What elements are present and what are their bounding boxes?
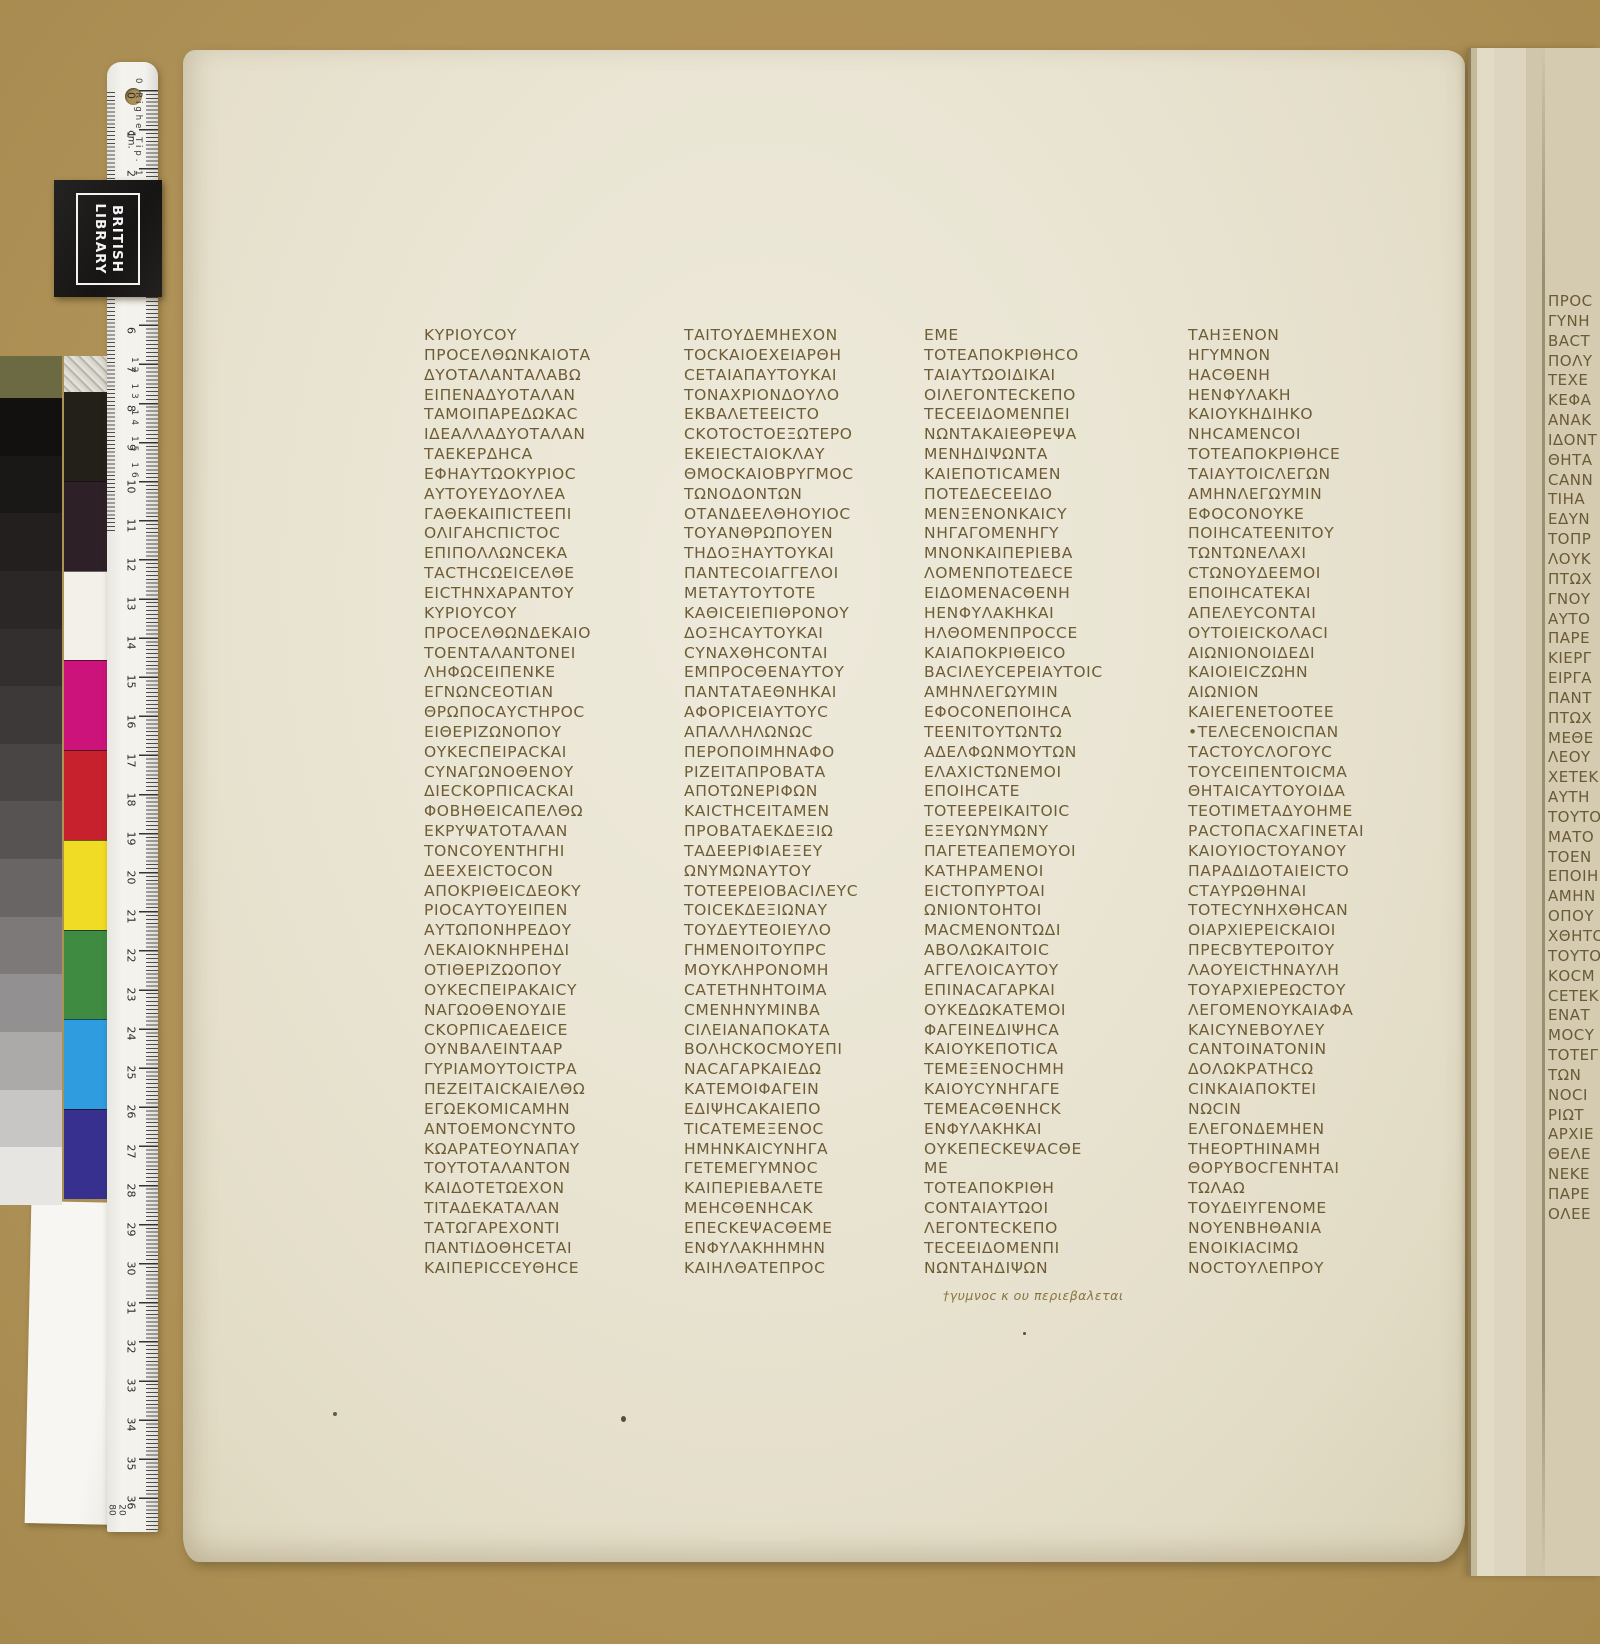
color-patch: [64, 840, 110, 930]
text-line: ΑΒΟΛΩΚΑΙΤΟΙC: [924, 941, 1169, 961]
text-line: ΝΩΝΤΑΗΔΙΨΩΝ: [924, 1259, 1169, 1279]
text-line: ΟΥΚΕCΠΕΙΡΑCΚΑΙ: [424, 743, 669, 763]
text-line: ΤΟΤΕΑΠΟΚΡΙΘΗCΕ: [1188, 445, 1433, 465]
text-line: ΔΟΞΗCΑΥΤΟΥΚΑΙ: [684, 624, 929, 644]
text-line: ΤΟΝΑΧΡΙΟΝΔΟΥΛΟ: [684, 386, 929, 406]
text-line: ΑΜΗΝΛΕΓΩΥΜΙΝ: [924, 683, 1169, 703]
grayscale-calibration-strip: [0, 398, 62, 1205]
color-patch: [0, 456, 62, 514]
text-line: ΟΛΙΓΑΗCΠΙCΤΟC: [424, 524, 669, 544]
page-edge-line: [1542, 48, 1545, 1576]
text-line: ΤΟΤΕΑΠΟΚΡΙΘΗCΟ: [924, 346, 1169, 366]
color-patch: [0, 859, 62, 917]
text-line: ΕΞΕΥΩΝΥΜΩΝΥ: [924, 822, 1169, 842]
text-line: ΕΝΟΙΚΙΑCΙΜΩ: [1188, 1239, 1433, 1259]
text-line: ΛΕΟΥ: [1548, 748, 1600, 768]
next-folio-edge: ΠΡΟCΓΥΝΗΒΑCΤΠΟΛΥΤΕΧΕΚΕΦΑΑΝΑΚΙΔΟΝΤΘΗΤΑCΑΝ…: [1468, 48, 1600, 1576]
text-line: ΑΙΩΝΙΟΝ: [1188, 683, 1433, 703]
text-line: ΟΠΟΥ: [1548, 907, 1600, 927]
text-line: ΓΑΘΕΚΑΙΠΙCΤΕΕΠΙ: [424, 505, 669, 525]
color-patch: [0, 629, 62, 687]
text-line: ΠΕΡΟΠΟΙΜΗΝΑΦΟ: [684, 743, 929, 763]
text-line: ΤΑΙΑΥΤΩΟΙΔΙΚΑΙ: [924, 366, 1169, 386]
text-line: ΕΜΠΡΟCΘΕΝΑΥΤΟΥ: [684, 663, 929, 683]
text-line: ΠΡΟCΕΛΘΩΝΔΕΚΑΙΟ: [424, 624, 669, 644]
text-line: ΤΑΤΩΓΑΡΕΧΟΝΤΙ: [424, 1219, 669, 1239]
text-line: ΕΠΟΙΗCΑΤΕΚΑΙ: [1188, 584, 1433, 604]
text-line: ΤΟΤΕCΥΝΗΧΘΗCΑΝ: [1188, 901, 1433, 921]
text-line: ΕΔΥΝ: [1548, 510, 1600, 530]
text-line: CΑΝΤΟΙΝΑΤΟΝΙΝ: [1188, 1040, 1433, 1060]
text-line: ΚΥΡΙΟΥCΟΥ: [424, 604, 669, 624]
text-line: ΕΠΟΙΗ: [1548, 867, 1600, 887]
text-line: ΑΠΑΛΛΗΛΩΝΩC: [684, 723, 929, 743]
text-line: CΥΝΑΓΩΝΟΘΕΝΟΥ: [424, 763, 669, 783]
text-line: •ΤΕΛΕCΕΝΟΙCΠΑΝ: [1188, 723, 1433, 743]
text-line: ΑΝΤΟΕΜΟΝCΥΝΤΟ: [424, 1120, 669, 1140]
text-line: ΤΩΝ: [1548, 1066, 1600, 1086]
text-line: 20: [117, 1504, 127, 1515]
text-line: 29: [111, 1216, 150, 1242]
text-line: 35: [111, 1451, 150, 1477]
text-line: ΩΝΥΜΩΝΑΥΤΟΥ: [684, 862, 929, 882]
text-line: ΤΑΕΚΕΡΔΗCΑ: [424, 445, 669, 465]
text-line: ΝΟCΤΟΥΛΕΠΡΟΥ: [1188, 1259, 1433, 1279]
color-patch: [0, 571, 62, 629]
text-line: ΠΟΙΗCΑΤΕΕΝΙΤΟΥ: [1188, 524, 1433, 544]
text-line: ΤΑΜΟΙΠΑΡΕΔΩΚΑC: [424, 405, 669, 425]
text-column-2: ΤΑΙΤΟΥΔΕΜΗΕΧΟΝΤΟCΚΑΙΟΕΧΕΙΑΡΘΗCΕΤΑΙΑΠΑΥΤΟ…: [684, 326, 929, 1279]
text-line: ΠΡΟΒΑΤΑΕΚΔΕΞΙΩ: [684, 822, 929, 842]
text-line: ΦΟΒΗΘΕΙCΑΠΕΛΘΩ: [424, 802, 669, 822]
text-line: CΑΝΝ: [1548, 471, 1600, 491]
text-line: ΓΥΝΗ: [1548, 312, 1600, 332]
text-line: ΑΠΟΚΡΙΘΕΙCΔΕΟΚΥ: [424, 882, 669, 902]
text-line: ΤΙΗΑ: [1548, 490, 1600, 510]
text-line: ΚΙΕΡΓ: [1548, 649, 1600, 669]
text-line: ΦΑΓΕΙΝΕΔΙΨΗCΑ: [924, 1021, 1169, 1041]
text-line: ΕΔΙΨΗCΑΚΑΙΕΠΟ: [684, 1100, 929, 1120]
text-line: ΛΕΓΟΜΕΝΟΥΚΑΙΑΦΑ: [1188, 1001, 1433, 1021]
text-line: 25: [111, 1060, 150, 1086]
text-line: ΕΙCΤΟΠΥΡΤΟΑΙ: [924, 882, 1169, 902]
text-line: ΚΑΙΗΛΘΑΤΕΠΡΟC: [684, 1259, 929, 1279]
text-line: ΤΟΥΤΟ: [1548, 808, 1600, 828]
text-line: ΤΩΛΑΩ: [1188, 1179, 1433, 1199]
text-line: CΕΤΕΚ: [1548, 987, 1600, 1007]
text-line: ΚΑΤΗΡΑΜΕΝΟΙ: [924, 862, 1169, 882]
text-line: ΠΑΓΕΤΕΑΠΕΜΟΥΟΙ: [924, 842, 1169, 862]
text-line: 23: [111, 982, 150, 1008]
text-line: 30: [111, 1255, 150, 1281]
marginal-correction-note: †γυμνοϲ κ ου περιεβαλεται: [943, 1288, 1124, 1303]
text-line: ΔΟΛΩΚΡΑΤΗCΩ: [1188, 1060, 1433, 1080]
text-line: ΜΕΝΞΕΝΟΝΚΑΙCΥ: [924, 505, 1169, 525]
color-patch: [0, 1090, 62, 1148]
text-line: ΠΑΡΕ: [1548, 629, 1600, 649]
text-line: ΤΟCΚΑΙΟΕΧΕΙΑΡΘΗ: [684, 346, 929, 366]
text-line: ΤΟΕΝΤΑΛΑΝΤΟΝΕΙ: [424, 644, 669, 664]
text-line: 13: [111, 591, 150, 617]
text-line: ΛΕΓΟΝΤΕCΚΕΠΟ: [924, 1219, 1169, 1239]
text-line: ΤΑΔΕΕΡΙΦΙΑΕΞΕΥ: [684, 842, 929, 862]
text-column-3: ΕΜΕΤΟΤΕΑΠΟΚΡΙΘΗCΟΤΑΙΑΥΤΩΟΙΔΙΚΑΙΟΙΛΕΓΟΝΤΕ…: [924, 326, 1169, 1279]
text-line: ΝΩCΙΝ: [1188, 1100, 1433, 1120]
text-line: ΠΟΤΕΔΕCΕΕΙΔΟ: [924, 485, 1169, 505]
text-line: ΠΑΡΕ: [1548, 1185, 1600, 1205]
text-line: ΠΑΝΤΕCΟΙΑΓΓΕΛΟΙ: [684, 564, 929, 584]
color-patch: [64, 571, 110, 661]
text-line: ΗΕΝΦΥΛΑΚΗ: [1188, 386, 1433, 406]
text-line: ΤΟΥΑΡΧΙΕΡΕΩCΤΟΥ: [1188, 981, 1433, 1001]
text-line: ΟΥΝΒΑΛΕΙΝΤΑΑΡ: [424, 1040, 669, 1060]
text-line: ΠΑΡΑΔΙΔΟΤΑΙΕΙCΤΟ: [1188, 862, 1433, 882]
text-line: ΜΕΗCΘΕΝΗCΑΚ: [684, 1199, 929, 1219]
text-line: 12: [111, 552, 150, 578]
color-patch: [0, 398, 62, 456]
next-folio-text-column: ΠΡΟCΓΥΝΗΒΑCΤΠΟΛΥΤΕΧΕΚΕΦΑΑΝΑΚΙΔΟΝΤΘΗΤΑCΑΝ…: [1548, 292, 1600, 1225]
text-line: ΑΜΗΝΛΕΓΩΥΜΙΝ: [1188, 485, 1433, 505]
text-line: CΙΝΚΑΙΑΠΟΚΤΕΙ: [1188, 1080, 1433, 1100]
text-line: ΕΚΒΑΛΕΤΕΕΙCΤΟ: [684, 405, 929, 425]
text-line: ΜΟCΥ: [1548, 1026, 1600, 1046]
text-line: ΚΑΙΑΠΟΚΡΙΘΕΙCΟ: [924, 644, 1169, 664]
text-line: ΡΙΩΤ: [1548, 1106, 1600, 1126]
text-line: ΚΑΙΕΓΕΝΕΤΟΟΤΕΕ: [1188, 703, 1433, 723]
color-patch: [64, 750, 110, 840]
text-line: ΕΠΟΙΗCΑΤΕ: [924, 782, 1169, 802]
text-line: ΕΙΡΓΑ: [1548, 669, 1600, 689]
text-line: ΕΦΗΑΥΤΩΟΚΥΡΙΟC: [424, 465, 669, 485]
text-line: ΔΥΟΤΑΛΑΝΤΑΛΑΒΩ: [424, 366, 669, 386]
text-line: ΕΓΝΩΝCΕΟΤΙΑΝ: [424, 683, 669, 703]
text-line: ΡΑCΤΟΠΑCΧΑΓΙΝΕΤΑΙ: [1188, 822, 1433, 842]
text-line: ΕΙCΤΗΝΧΑΡΑΝΤΟΥ: [424, 584, 669, 604]
color-patch: [64, 481, 110, 571]
text-line: ΜΑΤΟ: [1548, 828, 1600, 848]
text-line: ΤΩΝΤΩΝΕΛΑΧΙ: [1188, 544, 1433, 564]
text-line: ΤΕCΕΕΙΔΟΜΕΝΠΕΙ: [924, 405, 1169, 425]
color-patch: [64, 660, 110, 750]
text-line: ΡΙΟCΑΥΤΟΥΕΙΠΕΝ: [424, 901, 669, 921]
text-line: ΠΡΟC: [1548, 292, 1600, 312]
text-line: ΤΟΥCΕΙΠΕΝΤΟΙCΜΑ: [1188, 763, 1433, 783]
text-line: ΝΟΥΕΝΒΗΘΑΝΙΑ: [1188, 1219, 1433, 1239]
text-line: ΤΕΟΤΙΜΕΤΑΔΥΟΗΜΕ: [1188, 802, 1433, 822]
text-line: ΓΝΟΥ: [1548, 590, 1600, 610]
text-line: ΛΟΥΚ: [1548, 550, 1600, 570]
text-line: ΛΗΦΩCΕΙΠΕΝΚΕ: [424, 663, 669, 683]
text-line: ΒΟΛΗCΚΟCΜΟΥΕΠΙ: [684, 1040, 929, 1060]
text-line: CΤΑΥΡΩΘΗΝΑΙ: [1188, 882, 1433, 902]
text-line: ΠΑΝΤΑΤΑΕΘΝΗΚΑΙ: [684, 683, 929, 703]
text-line: ΤΕΕΝΙΤΟΥΤΩΝΤΩ: [924, 723, 1169, 743]
text-line: ΘΡΩΠΟCΑΥCΤΗΡΟC: [424, 703, 669, 723]
text-line: 33: [111, 1373, 150, 1399]
calibration-speckle-patch: [64, 356, 110, 392]
text-line: 80: [107, 1504, 117, 1515]
text-line: ΜΕ: [924, 1159, 1169, 1179]
text-line: ΝΟCΙ: [1548, 1086, 1600, 1106]
text-line: ΑΝΑΚ: [1548, 411, 1600, 431]
text-line: ΑΦΟΡΙCΕΙΑΥΤΟΥC: [684, 703, 929, 723]
text-line: ΧΕΤΕΚ: [1548, 768, 1600, 788]
text-line: ΚΑΘΙCΕΙΕΠΙΘΡΟΝΟΥ: [684, 604, 929, 624]
text-line: ΑΓΓΕΛΟΙCΑΥΤΟΥ: [924, 961, 1169, 981]
text-line: ΤΑCΤΟΥCΛΟΓΟΥC: [1188, 743, 1433, 763]
text-line: CΑΤΕΤΗΝΗΤΟΙΜΑ: [684, 981, 929, 1001]
text-line: ΜΝΟΝΚΑΙΠΕΡΙΕΒΑ: [924, 544, 1169, 564]
text-line: ΕΝΑΤ: [1548, 1006, 1600, 1026]
text-line: ΡΙΖΕΙΤΑΠΡΟΒΑΤΑ: [684, 763, 929, 783]
text-line: ΜΕΤΑΥΤΟΥΤΟΤΕ: [684, 584, 929, 604]
text-line: 16: [111, 708, 150, 734]
text-line: ΘΗΤΑ: [1548, 451, 1600, 471]
text-line: 20: [111, 864, 150, 890]
text-line: CΕΤΑΙΑΠΑΥΤΟΥΚΑΙ: [684, 366, 929, 386]
text-line: ΑΙΩΝΙΟΝΟΙΔΕΔΙ: [1188, 644, 1433, 664]
text-line: ΝΩΝΤΑΚΑΙΕΘΡΕΨΑ: [924, 425, 1169, 445]
text-line: 11: [111, 513, 150, 539]
text-line: ΤΟΙCΕΚΔΕΞΙΩΝΑΥ: [684, 901, 929, 921]
text-line: ΝΑΓΩΟΘΕΝΟΥΔΙΕ: [424, 1001, 669, 1021]
color-patch: [0, 1147, 62, 1205]
text-line: ΕΠΙΝΑCΑΓΑΡΚΑΙ: [924, 981, 1169, 1001]
manuscript-page: ΚΥΡΙΟΥCΟΥΠΡΟCΕΛΘΩΝΚΑΙΟΤΑΔΥΟΤΑΛΑΝΤΑΛΑΒΩΕΙ…: [183, 50, 1465, 1562]
color-patch: [64, 392, 110, 481]
text-line: ΙΔΕΑΛΛΑΔΥΟΤΑΛΑΝ: [424, 425, 669, 445]
text-line: 22: [111, 943, 150, 969]
text-line: ΘΗΤΑΙCΑΥΤΟΥΟΙΔΑ: [1188, 782, 1433, 802]
text-line: ΚΑΙCΥΝΕΒΟΥΛΕΥ: [1188, 1021, 1433, 1041]
text-line: ΛΟΜΕΝΠΟΤΕΔΕCΕ: [924, 564, 1169, 584]
text-line: ΑΠΟΤΩΝΕΡΙΦΩΝ: [684, 782, 929, 802]
text-line: ΔΙΕCΚΟΡΠΙCΑCΚΑΙ: [424, 782, 669, 802]
text-line: ΑΥΤΟΥΕΥΔΟΥΛΕΑ: [424, 485, 669, 505]
text-line: 6: [111, 317, 150, 343]
text-line: ΤΟΤΕΕΡΕΙΚΑΙΤΟΙC: [924, 802, 1169, 822]
text-line: ΟΛΕΕ: [1548, 1205, 1600, 1225]
text-line: ΕΝΦΥΛΑΚΗΗΜΗΝ: [684, 1239, 929, 1259]
text-column-4: ΤΑΗΞΕΝΟΝΗΓΥΜΝΟΝΗΑCΘΕΝΗΗΕΝΦΥΛΑΚΗΚΑΙΟΥΚΗΔΙ…: [1188, 326, 1433, 1279]
text-line: ΚΑΙΟΥΚΗΔΙΗΚΟ: [1188, 405, 1433, 425]
text-line: ΩΝΙΟΝΤΟΗΤΟΙ: [924, 901, 1169, 921]
text-line: ΤΙΤΑΔΕΚΑΤΑΛΑΝ: [424, 1199, 669, 1219]
text-line: 17: [111, 747, 150, 773]
text-line: ΜΕΘΕ: [1548, 729, 1600, 749]
color-patch: [0, 686, 62, 744]
text-line: CΚΟΡΠΙCΑΕΔΕΙCΕ: [424, 1021, 669, 1041]
text-line: ΛΕΚΑΙΟΚΝΗΡΕΗΔΙ: [424, 941, 669, 961]
text-line: 31: [111, 1294, 150, 1320]
text-line: ΕΚΕΙΕCΤΑΙΟΚΛΑΥ: [684, 445, 929, 465]
tag-line-british: BRITISH: [108, 205, 125, 273]
ruler-bottom-code: 2080: [107, 1504, 127, 1515]
british-library-tag: BRITISH LIBRARY: [54, 180, 162, 297]
text-line: ΑΜΗΝ: [1548, 887, 1600, 907]
color-patch: [64, 1109, 110, 1199]
color-patch: [0, 513, 62, 571]
text-line: ΗΕΝΦΥΛΑΚΗΚΑΙ: [924, 604, 1169, 624]
ruler-left-ticks: [107, 92, 115, 532]
text-line: ΤΑCΤΗCΩΕΙCΕΛΘΕ: [424, 564, 669, 584]
text-line: ΜΑCΜΕΝΟΝΤΩΔΙ: [924, 921, 1169, 941]
text-line: ΧΘΗΤΟ: [1548, 927, 1600, 947]
text-line: ΟΙΑΡΧΙΕΡΕΙCΚΑΙΟΙ: [1188, 921, 1433, 941]
text-line: ΒΑCΤ: [1548, 332, 1600, 352]
color-patch: [0, 1032, 62, 1090]
ink-speck: [1023, 1332, 1026, 1335]
photo-background: 0123456789101112131415161718192021222324…: [0, 0, 1600, 1644]
text-line: ΝΗCΑΜΕΝCΟΙ: [1188, 425, 1433, 445]
text-line: ΤΟΥΤΟΤΑΛΑΝΤΟΝ: [424, 1159, 669, 1179]
text-line: ΤΕCΕΕΙΔΟΜΕΝΠΙ: [924, 1239, 1169, 1259]
text-line: ΟΙΛΕΓΟΝΤΕCΚΕΠΟ: [924, 386, 1169, 406]
text-line: ΗΛΘΟΜΕΝΠΡΟCCΕ: [924, 624, 1169, 644]
color-patch: [0, 801, 62, 859]
text-line: ΕΛΕΓΟΝΔΕΜΗΕΝ: [1188, 1120, 1433, 1140]
text-line: CΤΩΝΟΥΔΕΕΜΟΙ: [1188, 564, 1433, 584]
text-line: ΤΟΥΤΟ: [1548, 947, 1600, 967]
text-line: ΤΟΤΕΕΡΕΙΟΒΑCΙΛΕΥC: [684, 882, 929, 902]
text-line: ΟΥΚΕΔΩΚΑΤΕΜΟΙ: [924, 1001, 1169, 1021]
text-line: 24: [111, 1021, 150, 1047]
text-line: ΕΜΕ: [924, 326, 1169, 346]
text-line: ΟΥΤΟΙΕΙCΚΟΛΑCΙ: [1188, 624, 1433, 644]
text-line: ΠΕΖΕΙΤΑΙCΚΑΙΕΛΘΩ: [424, 1080, 669, 1100]
text-line: ΤΟΕΝ: [1548, 848, 1600, 868]
text-line: ΝΑCΑΓΑΡΚΑΙΕΔΩ: [684, 1060, 929, 1080]
color-patch: [0, 917, 62, 975]
text-line: ΒΑCΙΛΕΥCΕΡΕΙΑΥΤΟΙC: [924, 663, 1169, 683]
text-line: ΚΑΙΕΠΟΤΙCΑΜΕΝ: [924, 465, 1169, 485]
text-line: ΚΑΙΟΥΙΟCΤΟΥΑΝΟΥ: [1188, 842, 1433, 862]
text-line: ΝΕΚΕ: [1548, 1165, 1600, 1185]
text-line: ΛΑΟΥΕΙCΤΗΝΑΥΛΗ: [1188, 961, 1433, 981]
text-line: CΥΝΑΧΘΗCΟΝΤΑΙ: [684, 644, 929, 664]
text-line: ΜΟΥΚΛΗΡΟΝΟΜΗ: [684, 961, 929, 981]
text-line: ΑΥΤΩΠΟΝΗΡΕΔΟΥ: [424, 921, 669, 941]
text-line: ΤΙCΑΤΕΜΕΞΕΝΟC: [684, 1120, 929, 1140]
text-line: ΟΤΙΘΕΡΙΖΩΟΠΟΥ: [424, 961, 669, 981]
text-line: CΟΝΤΑΙΑΥΤΩΟΙ: [924, 1199, 1169, 1219]
text-line: ΤΑΗΞΕΝΟΝ: [1188, 326, 1433, 346]
text-line: ΤΑΙΑΥΤΟΙCΛΕΓΩΝ: [1188, 465, 1433, 485]
text-line: ΤΕΜΕΞΕΝΟCΗΜΗ: [924, 1060, 1169, 1080]
text-line: 34: [111, 1412, 150, 1438]
text-line: ΘΕΛΕ: [1548, 1145, 1600, 1165]
text-line: ΓΥΡΙΑΜΟΥΤΟΙCΤΡΑ: [424, 1060, 669, 1080]
text-line: 26: [111, 1099, 150, 1125]
color-patch: [64, 1019, 110, 1109]
text-line: ΚΑΙΟΥΚΕΠΟΤΙCΑ: [924, 1040, 1169, 1060]
text-line: ΝΗΓΑΓΟΜΕΝΗΓΥ: [924, 524, 1169, 544]
text-line: ΘΟΡΥΒΟCΓΕΝΗΤΑΙ: [1188, 1159, 1433, 1179]
text-line: ΔΕΕΧΕΙCΤΟCΟΝ: [424, 862, 669, 882]
text-line: ΕΙΘΕΡΙΖΩΝΟΠΟΥ: [424, 723, 669, 743]
text-line: 21: [111, 904, 150, 930]
text-line: ΤΟΥΔΕΥΤΕΟΙΕΥΛΟ: [684, 921, 929, 941]
tag-line-library: LIBRARY: [91, 203, 108, 274]
text-line: ΟΤΑΝΔΕΕΛΘΗΟΥΙΟC: [684, 505, 929, 525]
color-calibration-strip: [64, 392, 110, 1199]
text-line: ΤΟΝCΟΥΕΝΤΗΓΗΙ: [424, 842, 669, 862]
text-line: ΤΟΠΡ: [1548, 530, 1600, 550]
text-line: ΓΕΤΕΜΕΓΥΜΝΟC: [684, 1159, 929, 1179]
text-line: 19: [111, 825, 150, 851]
text-line: ΤΕΧΕ: [1548, 371, 1600, 391]
text-line: CΚΟΤΟCΤΟΕΞΩΤΕΡΟ: [684, 425, 929, 445]
text-line: ΤΗΕΟΡΤΗΙΝΑΜΗ: [1188, 1140, 1433, 1160]
calibration-olive-patch: [0, 356, 62, 398]
text-line: ΚΩΑΡΑΤΕΟΥΝΑΠΑΥ: [424, 1140, 669, 1160]
text-line: ΚΟCΜ: [1548, 967, 1600, 987]
text-line: ΚΕΦΑ: [1548, 391, 1600, 411]
text-line: CΜΕΝΗΝΥΜΙΝΒΑ: [684, 1001, 929, 1021]
text-line: ΠΟΛΥ: [1548, 352, 1600, 372]
text-line: ΚΥΡΙΟΥCΟΥ: [424, 326, 669, 346]
text-line: ΤΗΔΟΞΗΑΥΤΟΥΚΑΙ: [684, 544, 929, 564]
text-line: ΤΑΙΤΟΥΔΕΜΗΕΧΟΝ: [684, 326, 929, 346]
text-line: ΘΜΟCΚΑΙΟΒΡΥΓΜΟC: [684, 465, 929, 485]
text-line: ΕΙΠΕΝΑΔΥΟΤΑΛΑΝ: [424, 386, 669, 406]
text-line: ΕΦΟCΟΝΟΥΚΕ: [1188, 505, 1433, 525]
text-line: ΤΟΤΕΓ: [1548, 1046, 1600, 1066]
text-line: ΚΑΙΟΥCΥΝΗΓΑΓΕ: [924, 1080, 1169, 1100]
text-line: ΑΠΕΛΕΥCΟΝΤΑΙ: [1188, 604, 1433, 624]
text-line: ΟΥΚΕCΠΕΙΡΑΚΑΙCΥ: [424, 981, 669, 1001]
text-line: ΠΑΝΤ: [1548, 689, 1600, 709]
text-line: ΕΛΑΧΙCΤΩΝΕΜΟΙ: [924, 763, 1169, 783]
text-line: ΜΕΝΗΔΙΨΩΝΤΑ: [924, 445, 1169, 465]
text-line: ΑΔΕΛΦΩΝΜΟΥΤΩΝ: [924, 743, 1169, 763]
text-line: ΟΥΚΕΠΕCΚΕΨΑCΘΕ: [924, 1140, 1169, 1160]
text-line: ΚΑΙΔΟΤΕΤΩΕΧΟΝ: [424, 1179, 669, 1199]
text-line: ΙΔΟΝΤ: [1548, 431, 1600, 451]
text-line: ΚΑΙΠΕΡΙCCΕΥΘΗCΕ: [424, 1259, 669, 1279]
text-line: ΠΤΩΧ: [1548, 570, 1600, 590]
text-line: ΠΤΩΧ: [1548, 709, 1600, 729]
text-line: ΗΜΗΝΚΑΙCΥΝΗΓΑ: [684, 1140, 929, 1160]
text-line: ΠΑΝΤΙΔΟΘΗCΕΤΑΙ: [424, 1239, 669, 1259]
text-line: 28: [111, 1177, 150, 1203]
text-line: CΙΛΕΙΑΝΑΠΟΚΑΤΑ: [684, 1021, 929, 1041]
text-line: 27: [111, 1138, 150, 1164]
text-line: ΕΓΩΕΚΟΜΙCΑΜΗΝ: [424, 1100, 669, 1120]
color-patch: [0, 974, 62, 1032]
text-column-1: ΚΥΡΙΟΥCΟΥΠΡΟCΕΛΘΩΝΚΑΙΟΤΑΔΥΟΤΑΛΑΝΤΑΛΑΒΩΕΙ…: [424, 326, 669, 1279]
color-patch: [0, 744, 62, 802]
text-line: ΤΟΤΕΑΠΟΚΡΙΘΗ: [924, 1179, 1169, 1199]
text-line: 18: [111, 786, 150, 812]
ink-speck: [621, 1416, 626, 1422]
text-line: ΕΦΟCΟΝΕΠΟΙΗCΑ: [924, 703, 1169, 723]
text-line: ΚΑΙΟΙΕΙCΖΩΗΝ: [1188, 663, 1433, 683]
text-line: ΤΟΥΑΝΘΡΩΠΟΥΕΝ: [684, 524, 929, 544]
ruler-left-label-mid: 12 13 14 15 16: [129, 357, 139, 467]
text-line: ΚΑΙΠΕΡΙΕΒΑΛΕΤΕ: [684, 1179, 929, 1199]
text-line: 15: [111, 669, 150, 695]
text-line: ΕΠΕCΚΕΨΑCΘΕΜΕ: [684, 1219, 929, 1239]
text-line: ΤΩΝΟΔΟΝΤΩΝ: [684, 485, 929, 505]
color-patch: [64, 930, 110, 1020]
british-library-tag-label: BRITISH LIBRARY: [76, 193, 140, 285]
text-line: ΕΝΦΥΛΑΚΗΚΑΙ: [924, 1120, 1169, 1140]
text-line: ΠΡΕCΒΥΤΕΡΟΙΤΟΥ: [1188, 941, 1433, 961]
text-line: ΚΑΙCΤΗCΕΙΤΑΜΕΝ: [684, 802, 929, 822]
text-line: ΗΑCΘΕΝΗ: [1188, 366, 1433, 386]
text-line: ΑΥΤΗ: [1548, 788, 1600, 808]
